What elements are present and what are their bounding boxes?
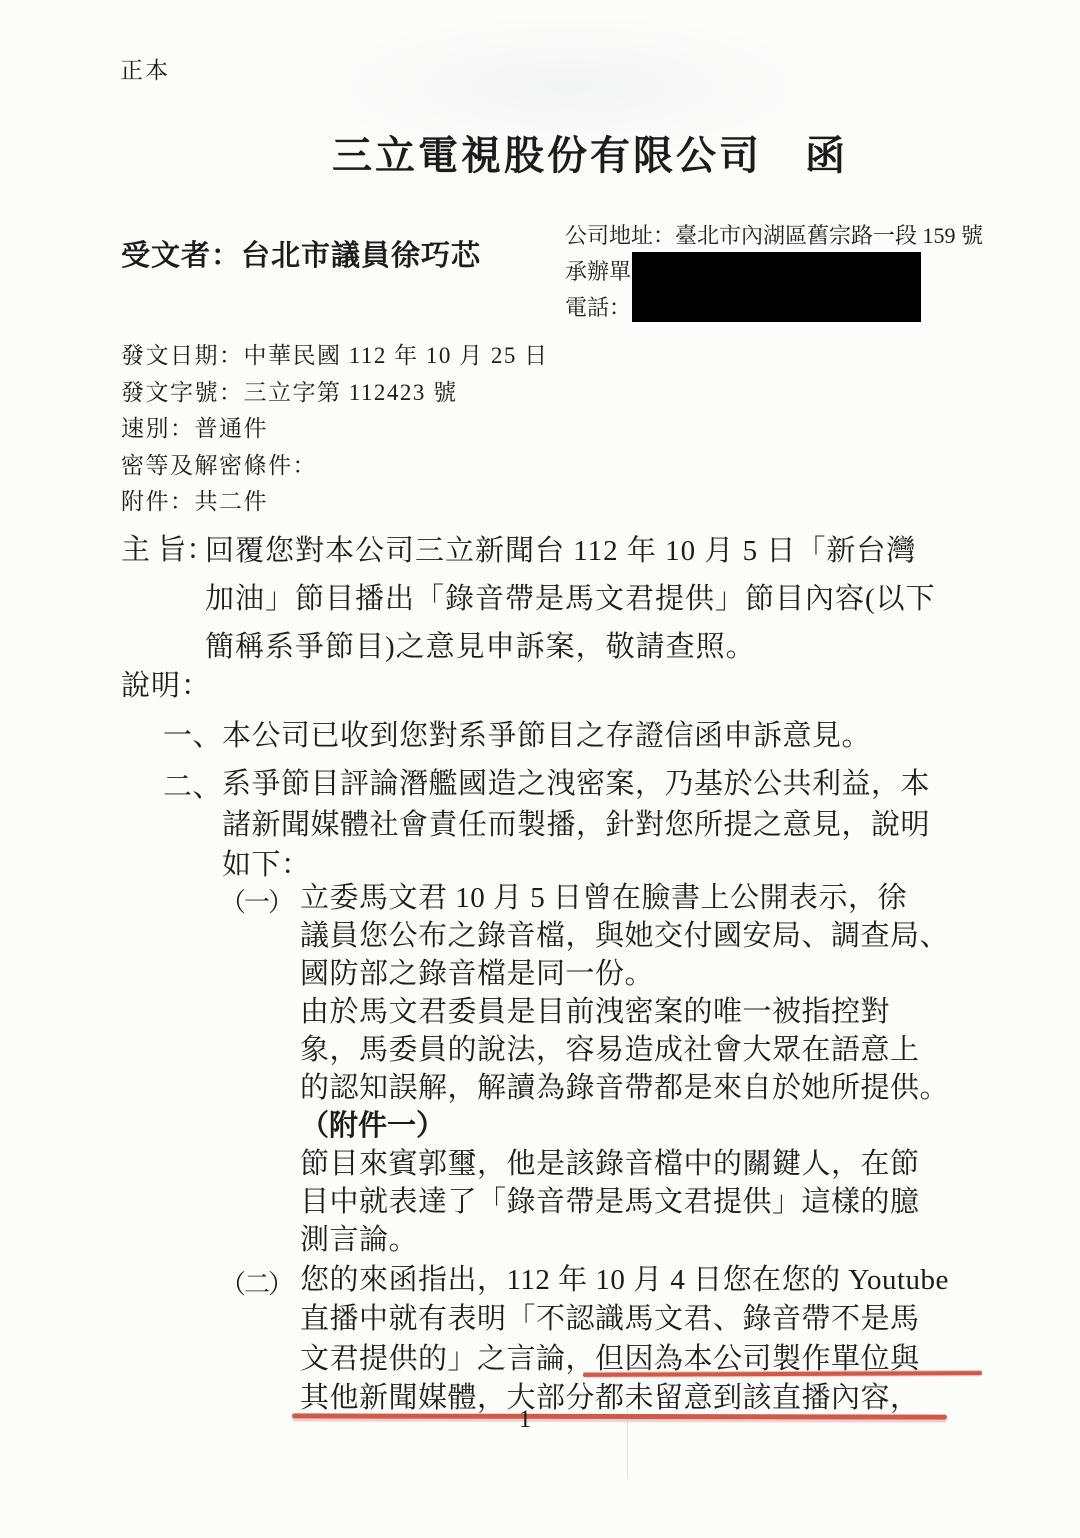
body-line: 節目來賓郭璽，他是該錄音檔中的關鍵人，在節 [300,1145,949,1183]
body-line: 測言論。 [300,1221,949,1259]
body-line: 目中就表達了「錄音帶是馬文君提供」這樣的臆 [300,1183,949,1221]
body-line: 國防部之錄音檔是同一份。 [300,955,949,993]
body-line: 直播中就有表明「不認識馬文君、錄音帶不是馬 [300,1300,949,1339]
reference-number-line: 發文字號：三立字第 112423 號 [121,375,549,412]
subject-line: 簡稱系爭節目)之意見申訴案，敬請查照。 [205,623,936,671]
body-line: 諸新聞媒體社會責任而製播，針對您所提之意見，說明 [222,805,930,846]
company-address-line: 公司地址：臺北市內湖區舊宗路一段 159 號 [565,218,983,254]
sub-item-2-lines: 您的來函指出，112 年 10 月 4 日您在您的 Youtube 直播中就有表… [300,1261,949,1418]
list-item-1-number: 一、 [163,713,222,754]
body-line: 象，馬委員的說法，容易造成社會大眾在語意上 [300,1031,949,1069]
redaction-box [632,252,921,322]
subject-label: 主 旨： [121,527,215,568]
explanation-label: 說明： [121,663,211,704]
document-page: 正本 三立電視股份有限公司 函 受文者：台北市議員徐巧芯 公司地址：臺北市內湖區… [0,0,1080,1538]
subject-lines: 回覆您對本公司三立新聞台 112 年 10 月 5 日「新台灣 加油」節目播出「… [205,527,936,671]
subject-line: 回覆您對本公司三立新聞台 112 年 10 月 5 日「新台灣 [205,527,936,575]
subject-line: 加油」節目播出「錄音帶是馬文君提供」節目內容(以下 [205,575,936,623]
body-line: 立委馬文君 10 月 5 日曾在臉書上公開表示，徐 [300,879,949,917]
list-item-1-text: 本公司已收到您對系爭節目之存證信函申訴意見。 [222,713,871,754]
body-line: 您的來函指出，112 年 10 月 4 日您在您的 Youtube [300,1261,949,1300]
body-line: 系爭節目評論潛艦國造之洩密案，乃基於公共利益，本 [222,764,930,805]
body-line: 其他新聞媒體，大部分都未留意到該直播內容， [300,1379,949,1418]
list-item-2-number: 二、 [163,764,222,805]
security-class-line: 密等及解密條件： [121,448,549,485]
page-number: 1 [505,1406,545,1434]
sub-item-1-lines: 立委馬文君 10 月 5 日曾在臉書上公開表示，徐 議員您公布之錄音檔，與她交付… [300,879,949,1259]
body-line: 由於馬文君委員是目前洩密案的唯一被指控對 [300,993,949,1031]
copy-label: 正本 [120,52,170,85]
recipient-line: 受文者：台北市議員徐巧芯 [121,233,481,274]
red-underline-2 [292,1413,947,1419]
document-title: 三立電視股份有限公司 函 [0,124,1080,181]
issue-date-line: 發文日期：中華民國 112 年 10 月 25 日 [121,338,549,375]
sub-item-2-number: （二） [220,1264,292,1301]
meta-block: 發文日期：中華民國 112 年 10 月 25 日 發文字號：三立字第 1124… [121,338,549,521]
attachment-ref-line: （附件一） [300,1107,949,1145]
speed-class-line: 速別：普通件 [121,411,549,448]
body-line: 議員您公布之錄音檔，與她交付國安局、調查局、 [300,917,949,955]
list-item-2-lines: 系爭節目評論潛艦國造之洩密案，乃基於公共利益，本 諸新聞媒體社會責任而製播，針對… [222,764,930,886]
sub-item-1-number: （一） [220,882,292,919]
body-line: 的認知誤解，解讀為錄音帶都是來自於她所提供。 [300,1069,949,1107]
attachments-line: 附件：共二件 [121,484,549,521]
scan-line-artifact [627,1406,628,1478]
